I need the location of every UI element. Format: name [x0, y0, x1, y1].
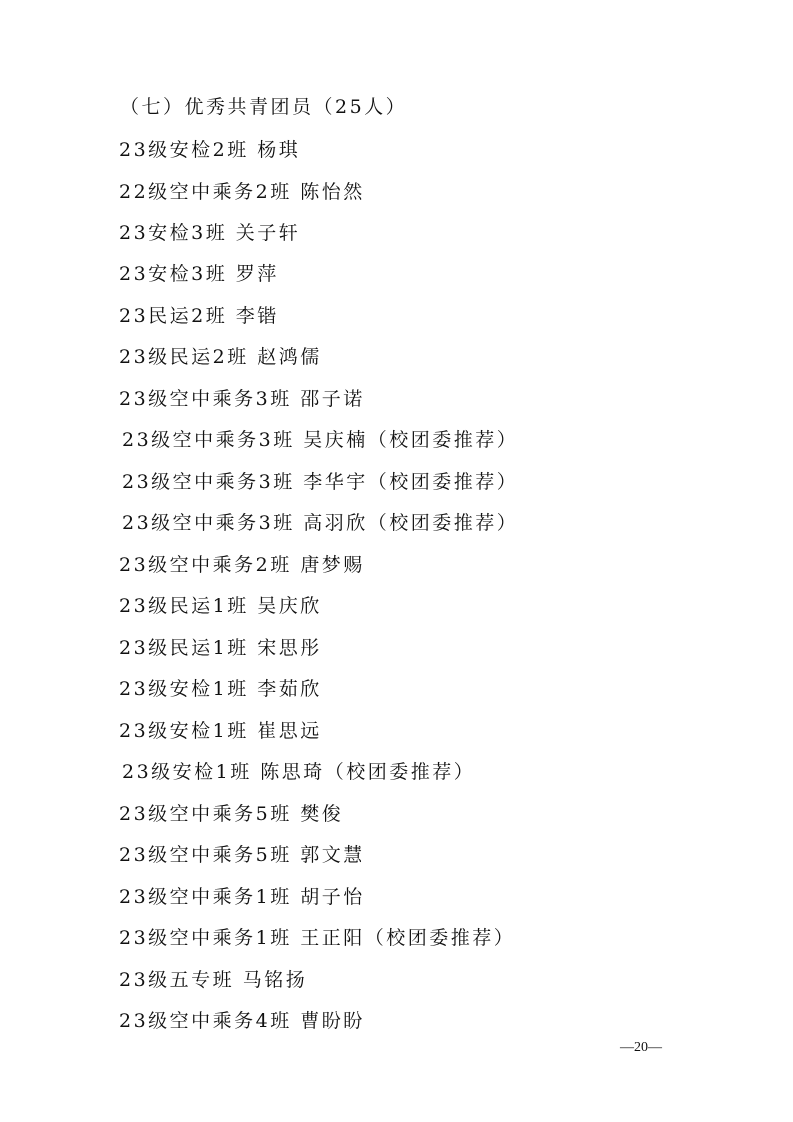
list-item: 23级空中乘务2班 唐梦赐	[119, 553, 365, 577]
list-item: 23级空中乘务1班 胡子怡	[119, 885, 365, 909]
list-item: 23级空中乘务4班 曹盼盼	[119, 1009, 365, 1033]
list-item: 23级民运1班 宋思彤	[119, 636, 322, 660]
list-item: 23级安检1班 李茹欣	[119, 677, 322, 701]
list-item: 23级空中乘务1班 王正阳（校团委推荐）	[119, 926, 515, 950]
list-item: 23级安检1班 崔思远	[119, 719, 322, 743]
document-page: （七）优秀共青团员（25人） 23级安检2班 杨琪 22级空中乘务2班 陈怡然 …	[0, 0, 793, 1122]
list-item: 23级空中乘务3班 吴庆楠（校团委推荐）	[122, 428, 518, 452]
list-item: 23级空中乘务3班 高羽欣（校团委推荐）	[122, 511, 518, 535]
list-item: 23级民运1班 吴庆欣	[119, 594, 322, 618]
list-item: 23安检3班 罗萍	[119, 262, 279, 286]
list-item: 23级五专班 马铭扬	[119, 968, 307, 992]
section-heading: （七）优秀共青团员（25人）	[120, 95, 407, 119]
list-item: 23级空中乘务5班 樊俊	[119, 802, 343, 826]
list-item: 23级民运2班 赵鸿儒	[119, 345, 322, 369]
list-item: 23级安检1班 陈思琦（校团委推荐）	[122, 760, 475, 784]
page-number: —20—	[620, 1040, 662, 1056]
list-item: 23级空中乘务5班 郭文慧	[119, 843, 365, 867]
list-item: 23级空中乘务3班 李华宇（校团委推荐）	[122, 470, 518, 494]
list-item: 23级安检2班 杨琪	[119, 138, 300, 162]
list-item: 22级空中乘务2班 陈怡然	[119, 180, 365, 204]
list-item: 23安检3班 关子轩	[119, 221, 300, 245]
list-item: 23民运2班 李锴	[119, 304, 279, 328]
list-item: 23级空中乘务3班 邵子诺	[119, 387, 365, 411]
